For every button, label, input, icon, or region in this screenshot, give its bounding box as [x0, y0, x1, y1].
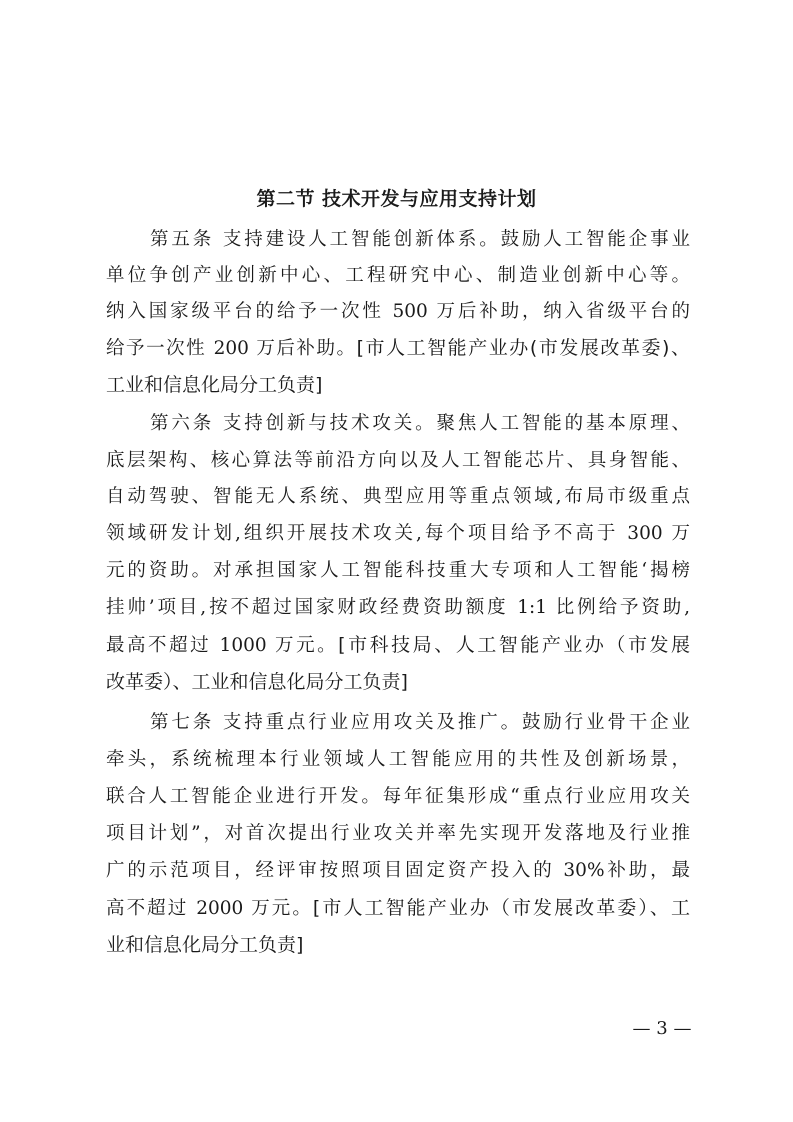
article-7-line-7: 业和信息化局分工负责]	[106, 927, 690, 963]
article-7-line-6: 高不超过 2000 万元。[市人工智能产业办（市发展改革委）、工	[106, 890, 690, 926]
article-5-line-5: 工业和信息化局分工负责]	[106, 367, 690, 403]
body-text: 广的示范项目，经评审按照项目固定资产投入的 30%补助，最	[106, 860, 690, 881]
responsibility-note: [市人工智能产业办(市发展改革委)、	[357, 337, 690, 359]
body-text: 高不超过 2000 万元。	[106, 898, 313, 919]
body-text: 元的资助。对承担国家人工智能科技重大专项和人工智能‘揭榜	[106, 560, 690, 581]
body-text: 挂帅’项目,按不超过国家财政经费资助额度 1:1 比例给予资助,	[106, 597, 690, 618]
responsibility-note: 业和信息化局分工负责]	[106, 934, 303, 956]
article-6-line-6: 挂帅’项目,按不超过国家财政经费资助额度 1:1 比例给予资助,	[106, 590, 690, 626]
article-5-line-1: 第五条 支持建设人工智能创新体系。鼓励人工智能企事业	[150, 222, 690, 258]
page-number: — 3 —	[622, 1018, 702, 1039]
body-text: 第七条 支持重点行业应用攻关及推广。鼓励行业骨干企业	[150, 712, 690, 733]
body-text: 纳入国家级平台的给予一次性 500 万后补助，纳入省级平台的	[106, 301, 690, 322]
article-7-line-1: 第七条 支持重点行业应用攻关及推广。鼓励行业骨干企业	[150, 705, 690, 741]
body-text: 第六条 支持创新与技术攻关。聚焦人工智能的基本原理、	[150, 413, 690, 434]
responsibility-note: [市科技局、人工智能产业办（市发展	[338, 634, 690, 656]
article-7-line-2: 牵头，系统梳理本行业领域人工智能应用的共性及创新场景，	[106, 742, 690, 778]
article-7-line-5: 广的示范项目，经评审按照项目固定资产投入的 30%补助，最	[106, 853, 690, 889]
article-6-line-1: 第六条 支持创新与技术攻关。聚焦人工智能的基本原理、	[150, 406, 690, 442]
body-text: 牵头，系统梳理本行业领域人工智能应用的共性及创新场景，	[106, 749, 690, 770]
body-text: 单位争创产业创新中心、工程研究中心、制造业创新中心等。	[106, 265, 690, 286]
article-7-line-3: 联合人工智能企业进行开发。每年征集形成“重点行业应用攻关	[106, 779, 690, 815]
responsibility-note: [市人工智能产业办（市发展改革委）、工	[313, 897, 690, 919]
document-page: 第二节 技术开发与应用支持计划 第五条 支持建设人工智能创新体系。鼓励人工智能企…	[0, 0, 793, 1122]
body-text: 联合人工智能企业进行开发。每年征集形成“重点行业应用攻关	[106, 786, 690, 807]
article-5-line-3: 纳入国家级平台的给予一次性 500 万后补助，纳入省级平台的	[106, 294, 690, 330]
responsibility-note: 工业和信息化局分工负责]	[106, 374, 322, 396]
article-6-line-2: 底层架构、核心算法等前沿方向以及人工智能芯片、具身智能、	[106, 443, 690, 479]
article-6-line-8: 改革委）、工业和信息化局分工负责]	[106, 664, 690, 700]
article-6-line-4: 领域研发计划,组织开展技术攻关,每个项目给予不高于 300 万	[106, 516, 690, 552]
body-text: 第五条 支持建设人工智能创新体系。鼓励人工智能企事业	[150, 229, 690, 250]
body-text: 项目计划”，对首次提出行业攻关并率先实现开发落地及行业推	[106, 823, 690, 844]
body-text: 给予一次性 200 万后补助。	[106, 338, 357, 359]
body-text: 自动驾驶、智能无人系统、典型应用等重点领域,布局市级重点	[106, 486, 690, 507]
body-text: 最高不超过 1000 万元。	[106, 635, 338, 656]
article-7-line-4: 项目计划”，对首次提出行业攻关并率先实现开发落地及行业推	[106, 816, 690, 852]
section-title: 第二节 技术开发与应用支持计划	[0, 184, 793, 211]
body-text: 底层架构、核心算法等前沿方向以及人工智能芯片、具身智能、	[106, 450, 690, 471]
article-6-line-5: 元的资助。对承担国家人工智能科技重大专项和人工智能‘揭榜	[106, 553, 690, 589]
body-text: 领域研发计划,组织开展技术攻关,每个项目给予不高于 300 万	[106, 523, 690, 544]
article-5-line-4: 给予一次性 200 万后补助。[市人工智能产业办(市发展改革委)、	[106, 330, 690, 366]
responsibility-note: 改革委）、工业和信息化局分工负责]	[106, 671, 408, 693]
article-5-line-2: 单位争创产业创新中心、工程研究中心、制造业创新中心等。	[106, 258, 690, 294]
article-6-line-3: 自动驾驶、智能无人系统、典型应用等重点领域,布局市级重点	[106, 479, 690, 515]
article-6-line-7: 最高不超过 1000 万元。[市科技局、人工智能产业办（市发展	[106, 627, 690, 663]
